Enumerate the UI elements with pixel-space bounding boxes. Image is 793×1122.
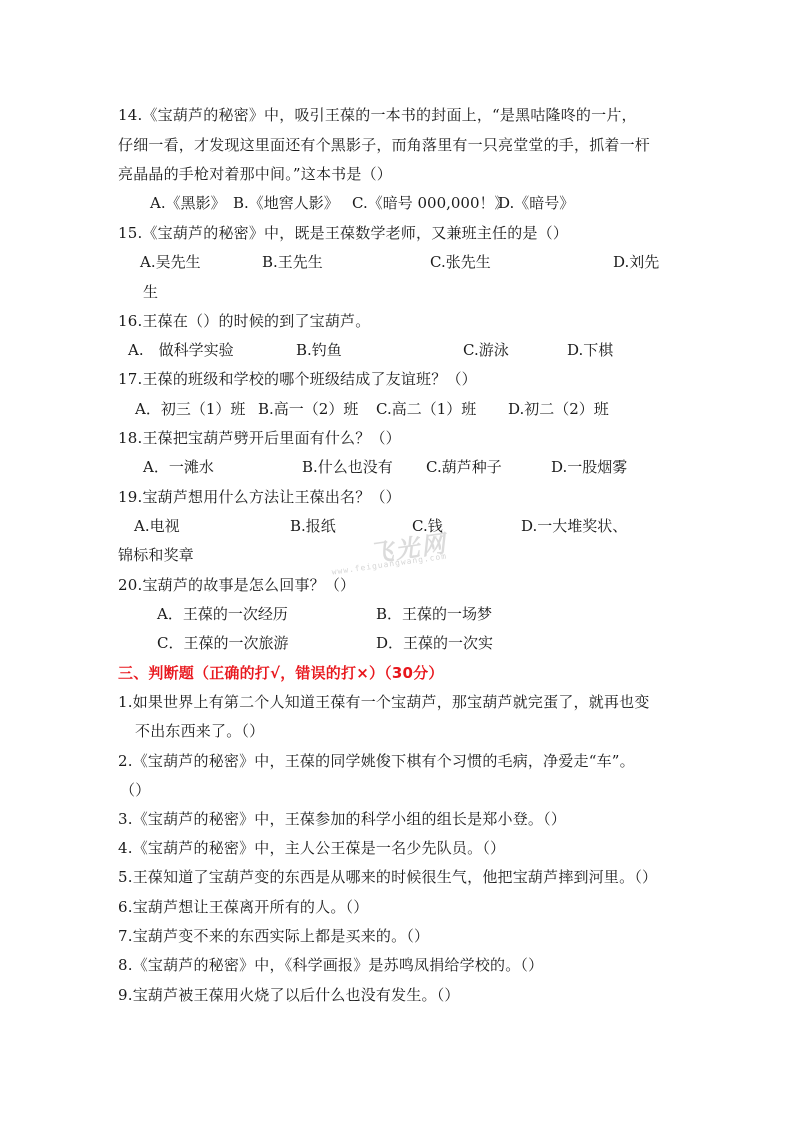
document-page: 14.《宝葫芦的秘密》中，吸引王葆的一本书的封面上，“是黑咕隆咚的一片， 仔细一… bbox=[0, 0, 793, 1122]
tf-item-7: 7.宝葫芦变不来的东西实际上都是买来的。（） bbox=[118, 926, 429, 946]
question-17-line-1: 17.王葆的班级和学校的哪个班级结成了友谊班？（） bbox=[118, 369, 477, 389]
question-18-option-a: A．一滩水 bbox=[143, 457, 214, 477]
question-15-option-b: B.王先生 bbox=[262, 252, 323, 272]
tf-item-3: 3.《宝葫芦的秘密》中，王葆参加的科学小组的组长是郑小登。（） bbox=[118, 809, 566, 829]
question-17-option-b: B.高一（2）班 bbox=[258, 399, 358, 419]
question-19-option-c: C.钱 bbox=[412, 516, 443, 536]
question-17-option-d: D.初二（2）班 bbox=[508, 399, 609, 419]
question-16-line-1: 16.王葆在（）的时候的到了宝葫芦。 bbox=[118, 311, 370, 331]
question-20-line-1: 20.宝葫芦的故事是怎么回事？（） bbox=[118, 575, 355, 595]
question-14-option-b: B.《地窖人影》 bbox=[233, 193, 339, 213]
tf-item-2-line-2: （） bbox=[120, 780, 150, 800]
question-19-option-b: B.报纸 bbox=[290, 516, 336, 536]
question-14-line-2: 仔细一看，才发现这里面还有个黑影子，而角落里有一只亮堂堂的手，抓着一杆 bbox=[118, 135, 650, 155]
question-20-option-c: C．王葆的一次旅游 bbox=[157, 633, 288, 653]
question-17-option-c: C.高二（1）班 bbox=[376, 399, 476, 419]
question-18-option-c: C.葫芦种子 bbox=[426, 457, 502, 477]
question-14-line-3: 亮晶晶的手枪对着那中间。”这本书是（） bbox=[118, 164, 392, 184]
question-14-option-d: D.《暗号》 bbox=[498, 193, 574, 213]
section-3-heading: 三、判断题（正确的打√，错误的打×）（30分） bbox=[118, 663, 444, 683]
question-20-option-a: A．王葆的一次经历 bbox=[157, 604, 288, 624]
question-19-option-a: A.电视 bbox=[134, 516, 180, 536]
question-18-option-d: D.一股烟雾 bbox=[551, 457, 627, 477]
tf-item-1-line-2: 不出东西来了。（） bbox=[135, 721, 264, 741]
question-19-option-d-wrap: 锦标和奖章 bbox=[118, 545, 194, 565]
question-15-option-a: A.吴先生 bbox=[140, 252, 201, 272]
question-16-option-b: B.钓鱼 bbox=[296, 340, 342, 360]
question-18-line-1: 18.王葆把宝葫芦劈开后里面有什么？（） bbox=[118, 428, 401, 448]
tf-item-6: 6.宝葫芦想让王葆离开所有的人。（） bbox=[118, 897, 368, 917]
question-20-option-d: D．王葆的一次实 bbox=[376, 633, 493, 653]
question-17-option-a: A．初三（1）班 bbox=[135, 399, 245, 419]
question-16-option-a: A. 做科学实验 bbox=[128, 340, 234, 360]
question-14-option-c: C.《暗号 000,000！》 bbox=[352, 193, 510, 213]
question-20-option-b: B．王葆的一场梦 bbox=[376, 604, 492, 624]
question-14-line-1: 14.《宝葫芦的秘密》中，吸引王葆的一本书的封面上，“是黑咕隆咚的一片， bbox=[118, 105, 637, 125]
watermark-url: www.feiguangwang.com bbox=[331, 552, 447, 577]
tf-item-2-line-1: 2.《宝葫芦的秘密》中，王葆的同学姚俊下棋有个习惯的毛病，净爱走“车”。 bbox=[118, 751, 635, 771]
tf-item-1-line-1: 1.如果世界上有第二个人知道王葆有一个宝葫芦，那宝葫芦就完蛋了，就再也变 bbox=[118, 692, 650, 712]
question-15-option-c: C.张先生 bbox=[430, 252, 491, 272]
tf-item-4: 4.《宝葫芦的秘密》中，主人公王葆是一名少先队员。（） bbox=[118, 838, 505, 858]
question-15-option-d: D.刘先 bbox=[613, 252, 659, 272]
question-19-line-1: 19.宝葫芦想用什么方法让王葆出名？（） bbox=[118, 487, 401, 507]
question-16-option-c: C.游泳 bbox=[463, 340, 509, 360]
tf-item-5: 5.王葆知道了宝葫芦变的东西是从哪来的时候很生气，他把宝葫芦摔到河里。（） bbox=[118, 867, 657, 887]
tf-item-8: 8.《宝葫芦的秘密》中，《科学画报》是苏鸣凤捐给学校的。（） bbox=[118, 955, 543, 975]
question-15-line-1: 15.《宝葫芦的秘密》中，既是王葆数学老师，又兼班主任的是（） bbox=[118, 223, 568, 243]
question-14-option-a: A.《黑影》 bbox=[150, 193, 226, 213]
question-18-option-b: B.什么也没有 bbox=[302, 457, 393, 477]
question-15-option-d-wrap: 生 bbox=[143, 282, 158, 302]
question-19-option-d: D.一大堆奖状、 bbox=[521, 516, 627, 536]
question-16-option-d: D.下棋 bbox=[567, 340, 613, 360]
tf-item-9: 9.宝葫芦被王葆用火烧了以后什么也没有发生。（） bbox=[118, 985, 460, 1005]
